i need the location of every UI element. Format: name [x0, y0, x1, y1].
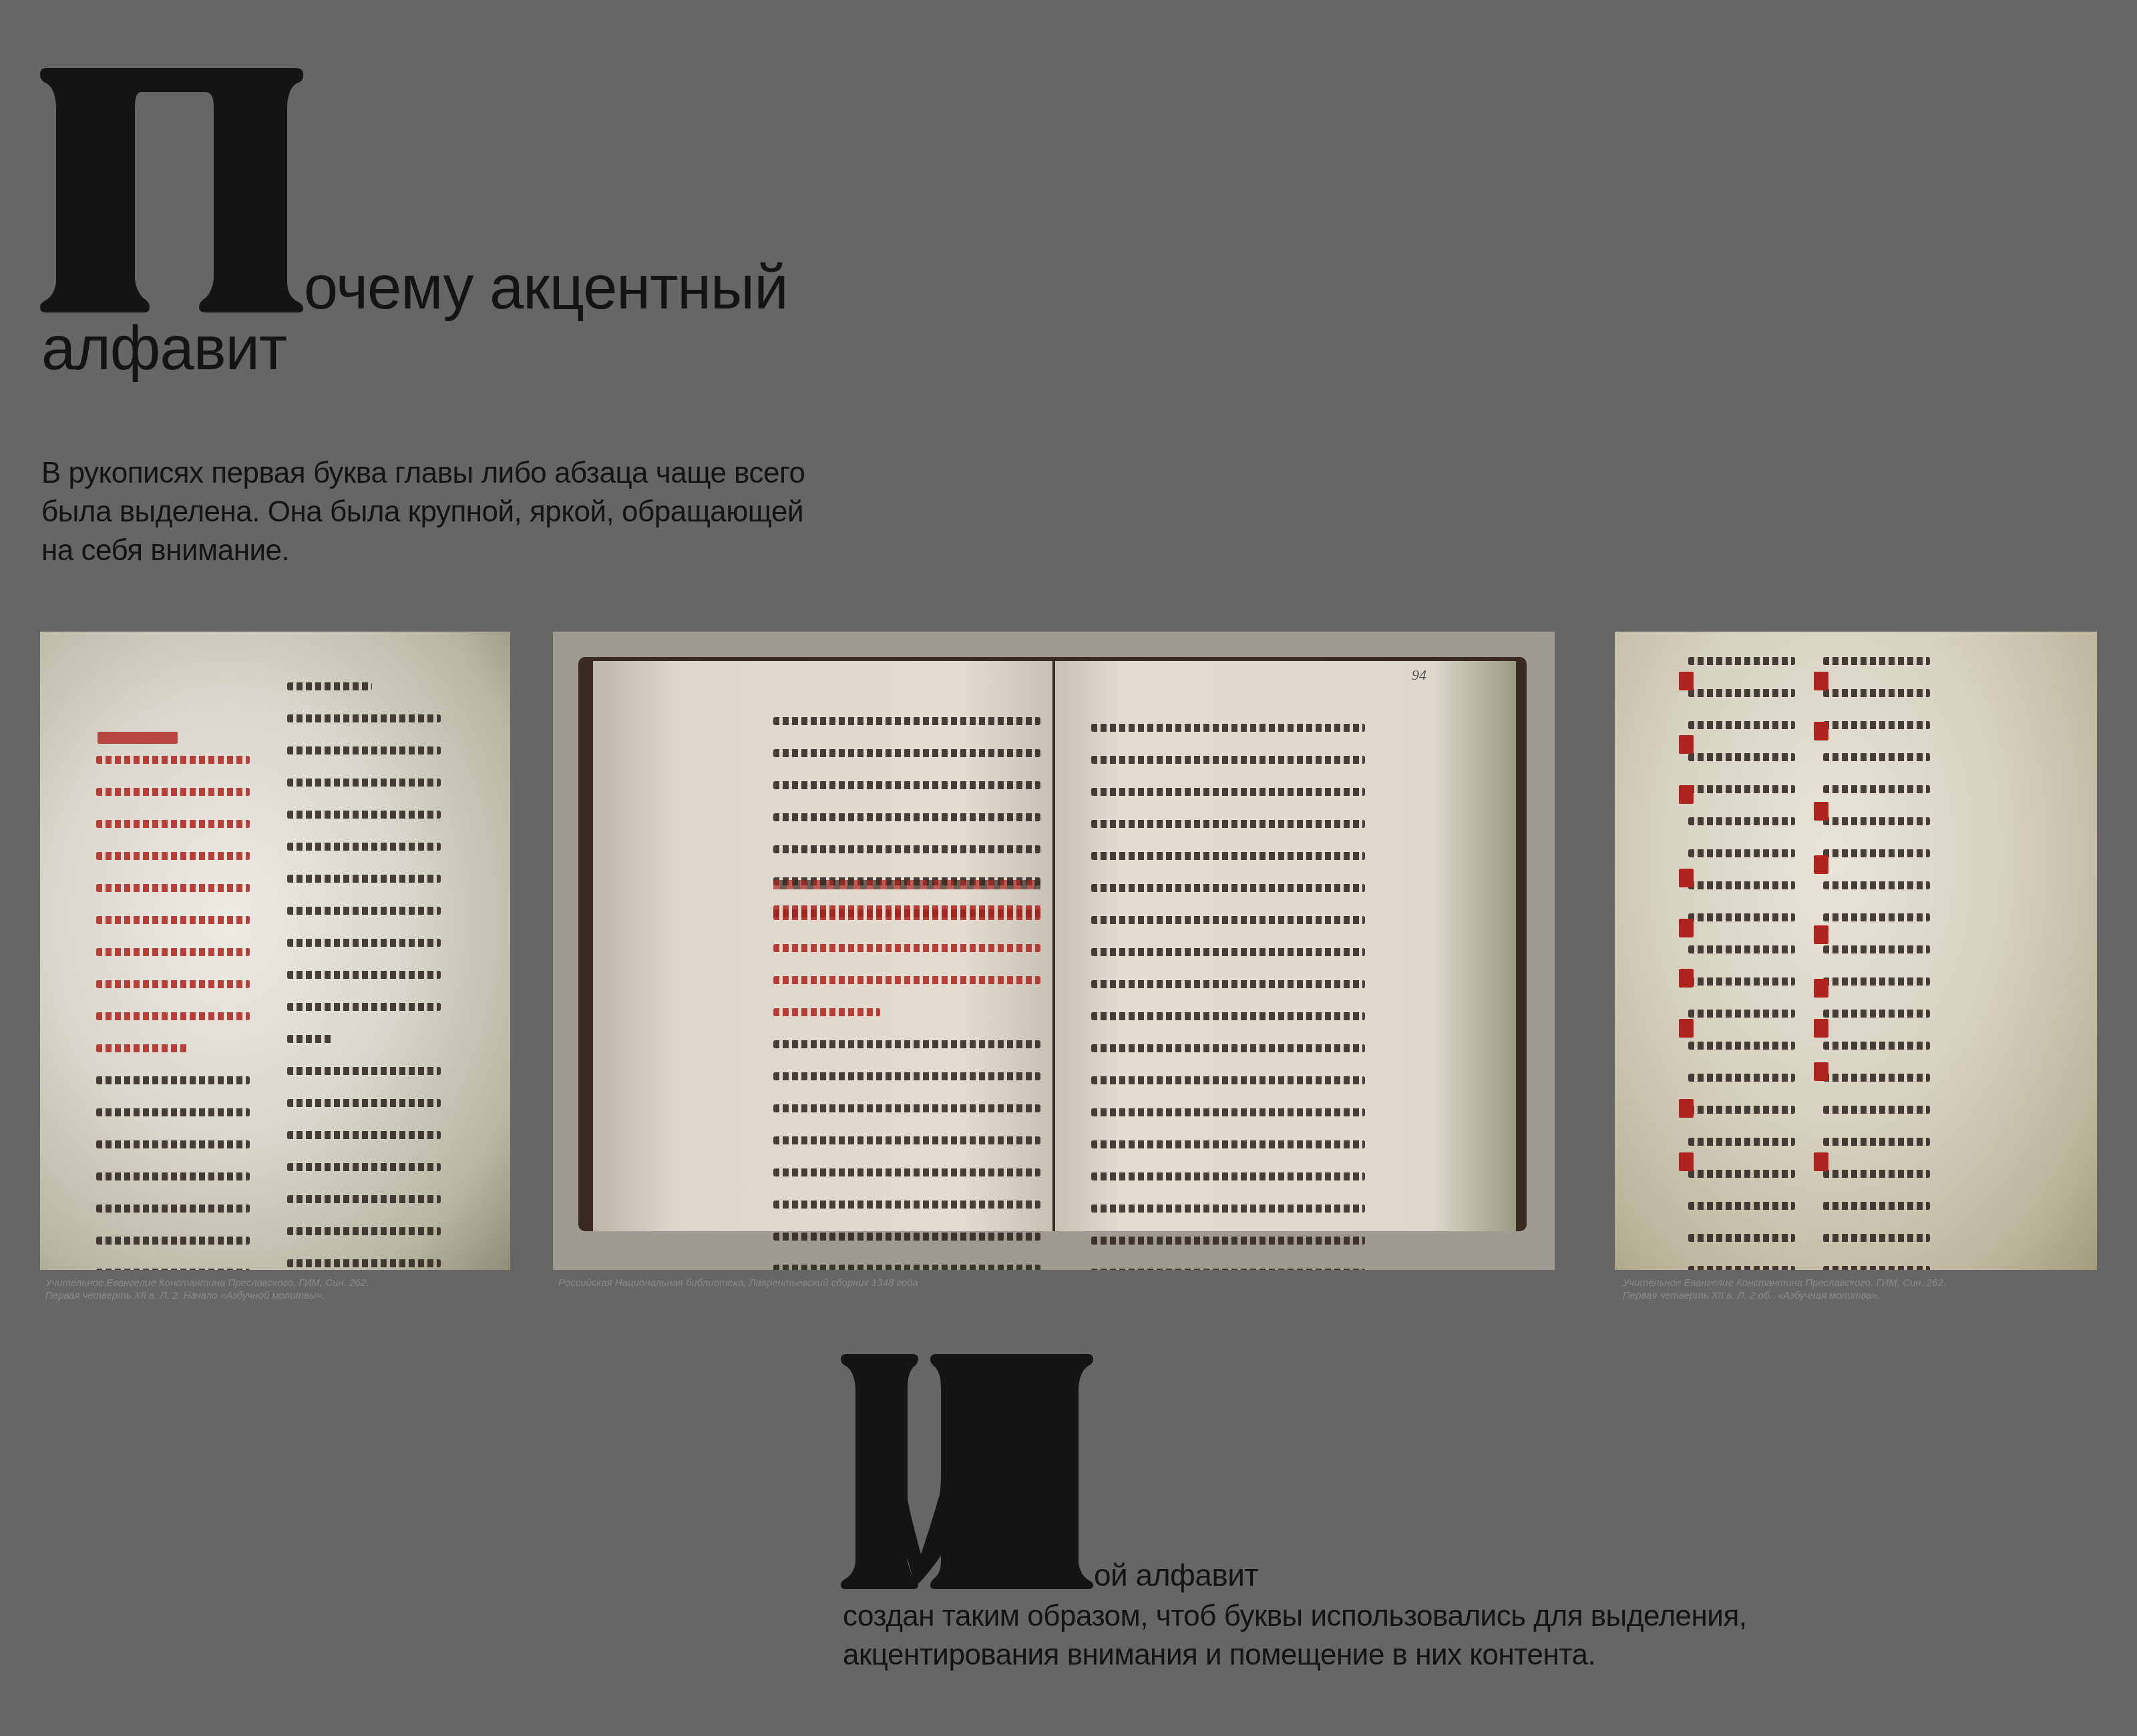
- intro-line: В рукописях первая буква главы либо абза…: [41, 454, 1016, 493]
- outro-rest-line1: ой алфавит: [1094, 1560, 1258, 1590]
- manuscript-image-left: [40, 632, 510, 1270]
- drop-cap-i-icon: [841, 1354, 1093, 1589]
- open-book-image-center: 94: [553, 632, 1555, 1270]
- intro-line: была выделена. Она была крупной, яркой, …: [41, 493, 1016, 531]
- folio-number: 94: [1412, 666, 1426, 684]
- outro-line: акцентирования внимания и помещение в ни…: [843, 1636, 2112, 1675]
- outro-initial-letter-i: [841, 1354, 1093, 1589]
- heading-rest-line1: очему акцентный: [304, 257, 788, 318]
- outro-line: создан таким образом, чтоб буквы использ…: [843, 1597, 2112, 1636]
- heading-rest-line2: алфавит: [41, 318, 286, 379]
- caption-center: Российская Национальная библиотека, Лавр…: [558, 1277, 1159, 1289]
- manuscript-image-right: [1615, 632, 2097, 1270]
- heading-initial-letter-pe: [40, 67, 303, 312]
- parchment-texture: [40, 632, 510, 1270]
- intro-line: на себя внимание.: [41, 531, 1016, 570]
- ornamental-band: [773, 880, 1040, 889]
- outro-paragraph: создан таким образом, чтоб буквы использ…: [843, 1597, 2112, 1675]
- caption-left: Учительное Евангелие Константина Преслав…: [45, 1277, 513, 1302]
- intro-paragraph: В рукописях первая буква главы либо абза…: [41, 454, 1016, 570]
- drop-cap-pe-icon: [40, 67, 303, 312]
- caption-right: Учительное Евангелие Константина Преслав…: [1623, 1277, 2130, 1302]
